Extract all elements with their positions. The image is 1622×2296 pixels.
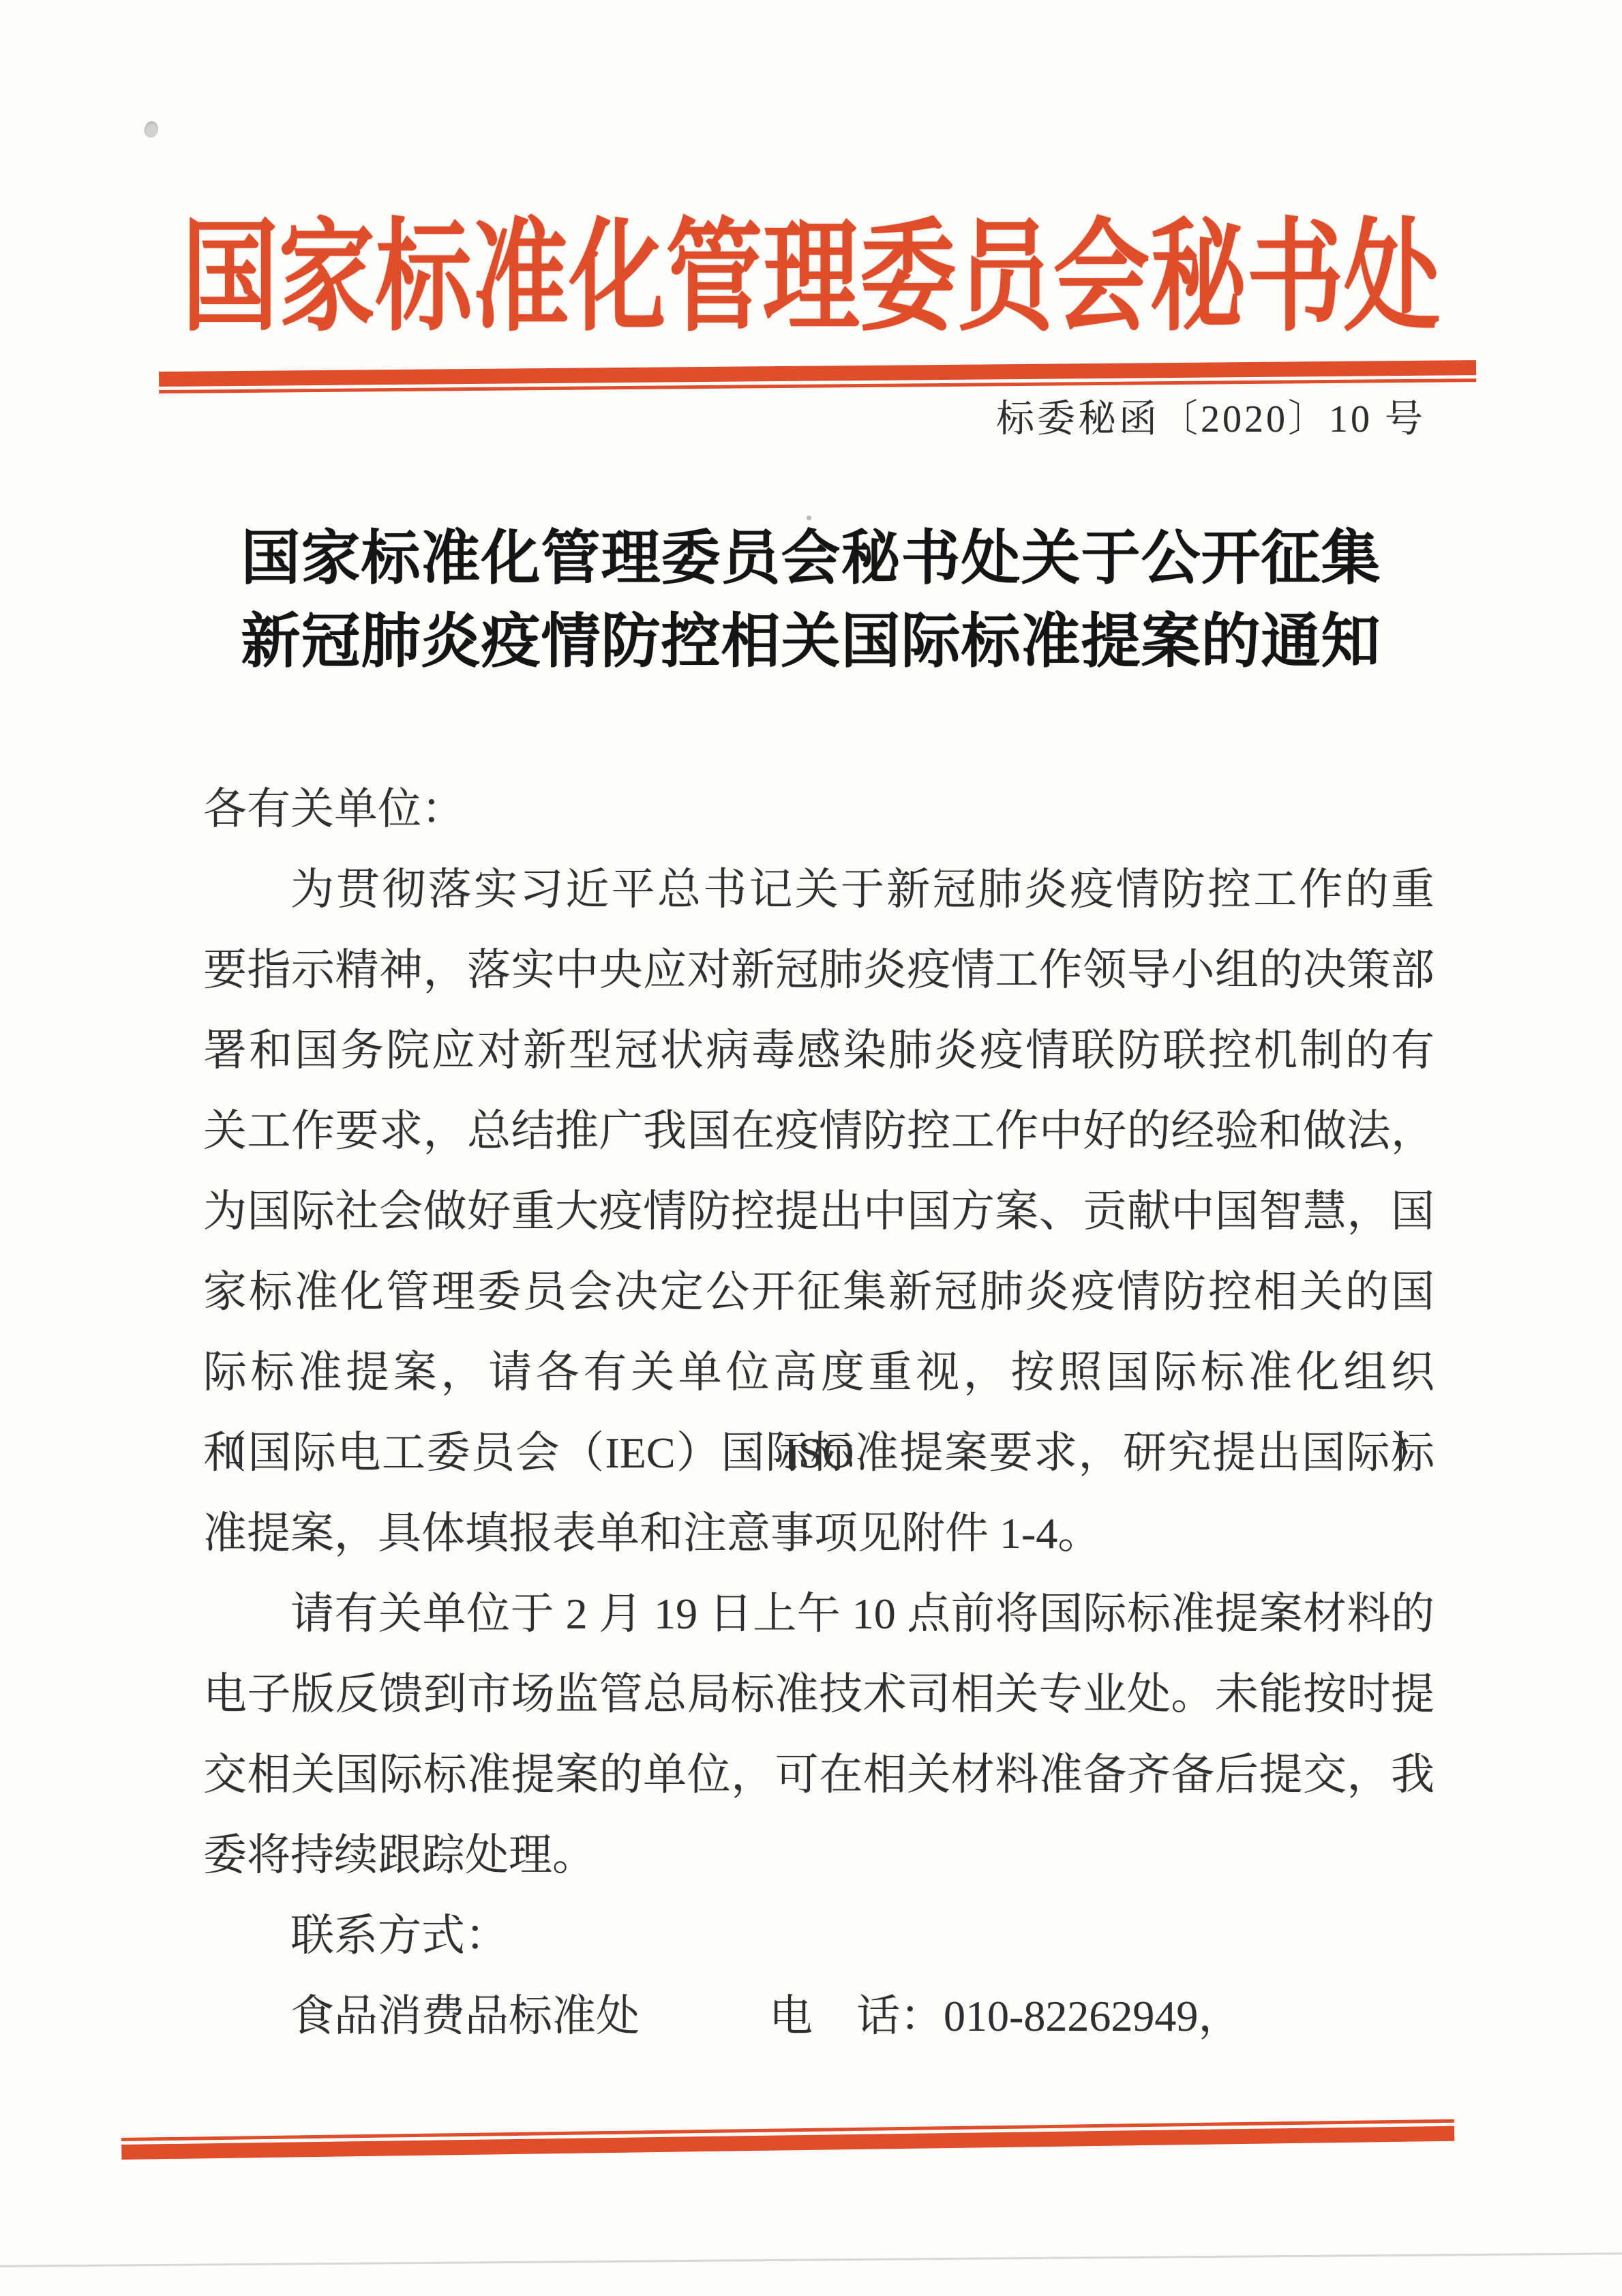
notice-title: 国家标准化管理委员会秘书处关于公开征集 新冠肺炎疫情防控相关国际标准提案的通知 — [0, 517, 1622, 683]
notice-title-line1: 国家标准化管理委员会秘书处关于公开征集 — [0, 517, 1622, 600]
contact-phone: 电 话：010-82262949， — [769, 1976, 1242, 2057]
body-line: 家标准化管理委员会决定公开征集新冠肺炎疫情防控相关的国 — [203, 1252, 1435, 1332]
document-number: 标委秘函〔2020〕10 号 — [996, 389, 1426, 443]
notice-title-line2: 新冠肺炎疫情防控相关国际标准提案的通知 — [0, 600, 1622, 683]
scan-speck — [142, 119, 161, 140]
page-edge-shadow — [0, 2252, 1622, 2267]
phone-label: 电 话： — [769, 1992, 944, 2040]
body-line: 关工作要求，总结推广我国在疫情防控工作中好的经验和做法， — [203, 1091, 1435, 1172]
contact-department: 食品消费品标准处 — [290, 1992, 640, 2040]
salutation: 各有关单位： — [203, 769, 1435, 850]
body-line: 电子版反馈到市场监管总局标准技术司相关专业处。未能按时提 — [203, 1654, 1435, 1735]
body-line: 准提案，具体填报表单和注意事项见附件 1-4。 — [203, 1493, 1435, 1574]
body-line: 为贯彻落实习近平总书记关于新冠肺炎疫情防控工作的重 — [203, 850, 1435, 930]
body-line: 际标准提案，请各有关单位高度重视，按照国际标准化组织（ISO） — [203, 1332, 1435, 1413]
body-line: 请有关单位于 2 月 19 日上午 10 点前将国际标准提案材料的 — [203, 1574, 1435, 1654]
scanned-document-page: 国家标准化管理委员会秘书处 标委秘函〔2020〕10 号 国家标准化管理委员会秘… — [0, 0, 1622, 2296]
body-line: 署和国务院应对新型冠状病毒感染肺炎疫情联防联控机制的有 — [203, 1011, 1435, 1091]
letterhead-title: 国家标准化管理委员会秘书处 — [0, 217, 1622, 339]
body-line: 交相关国际标准提案的单位，可在相关材料准备齐备后提交，我 — [203, 1735, 1435, 1815]
body-text: 各有关单位： 为贯彻落实习近平总书记关于新冠肺炎疫情防控工作的重 要指示精神，落… — [203, 769, 1435, 2057]
body-line: 为国际社会做好重大疫情防控提出中国方案、贡献中国智慧，国 — [203, 1172, 1435, 1252]
body-line: 委将持续跟踪处理。 — [203, 1815, 1435, 1896]
body-line: 要指示精神，落实中央应对新冠肺炎疫情工作领导小组的决策部 — [203, 930, 1435, 1011]
letterhead-rule-bottom — [121, 2119, 1454, 2160]
body-line: 和国际电工委员会（IEC）国际标准提案要求，研究提出国际标 — [203, 1413, 1435, 1493]
contact-heading: 联系方式： — [203, 1896, 1435, 1976]
phone-number: 010-82262949， — [944, 1992, 1242, 2040]
contact-line: 食品消费品标准处 电 话：010-82262949， — [203, 1976, 1435, 2057]
